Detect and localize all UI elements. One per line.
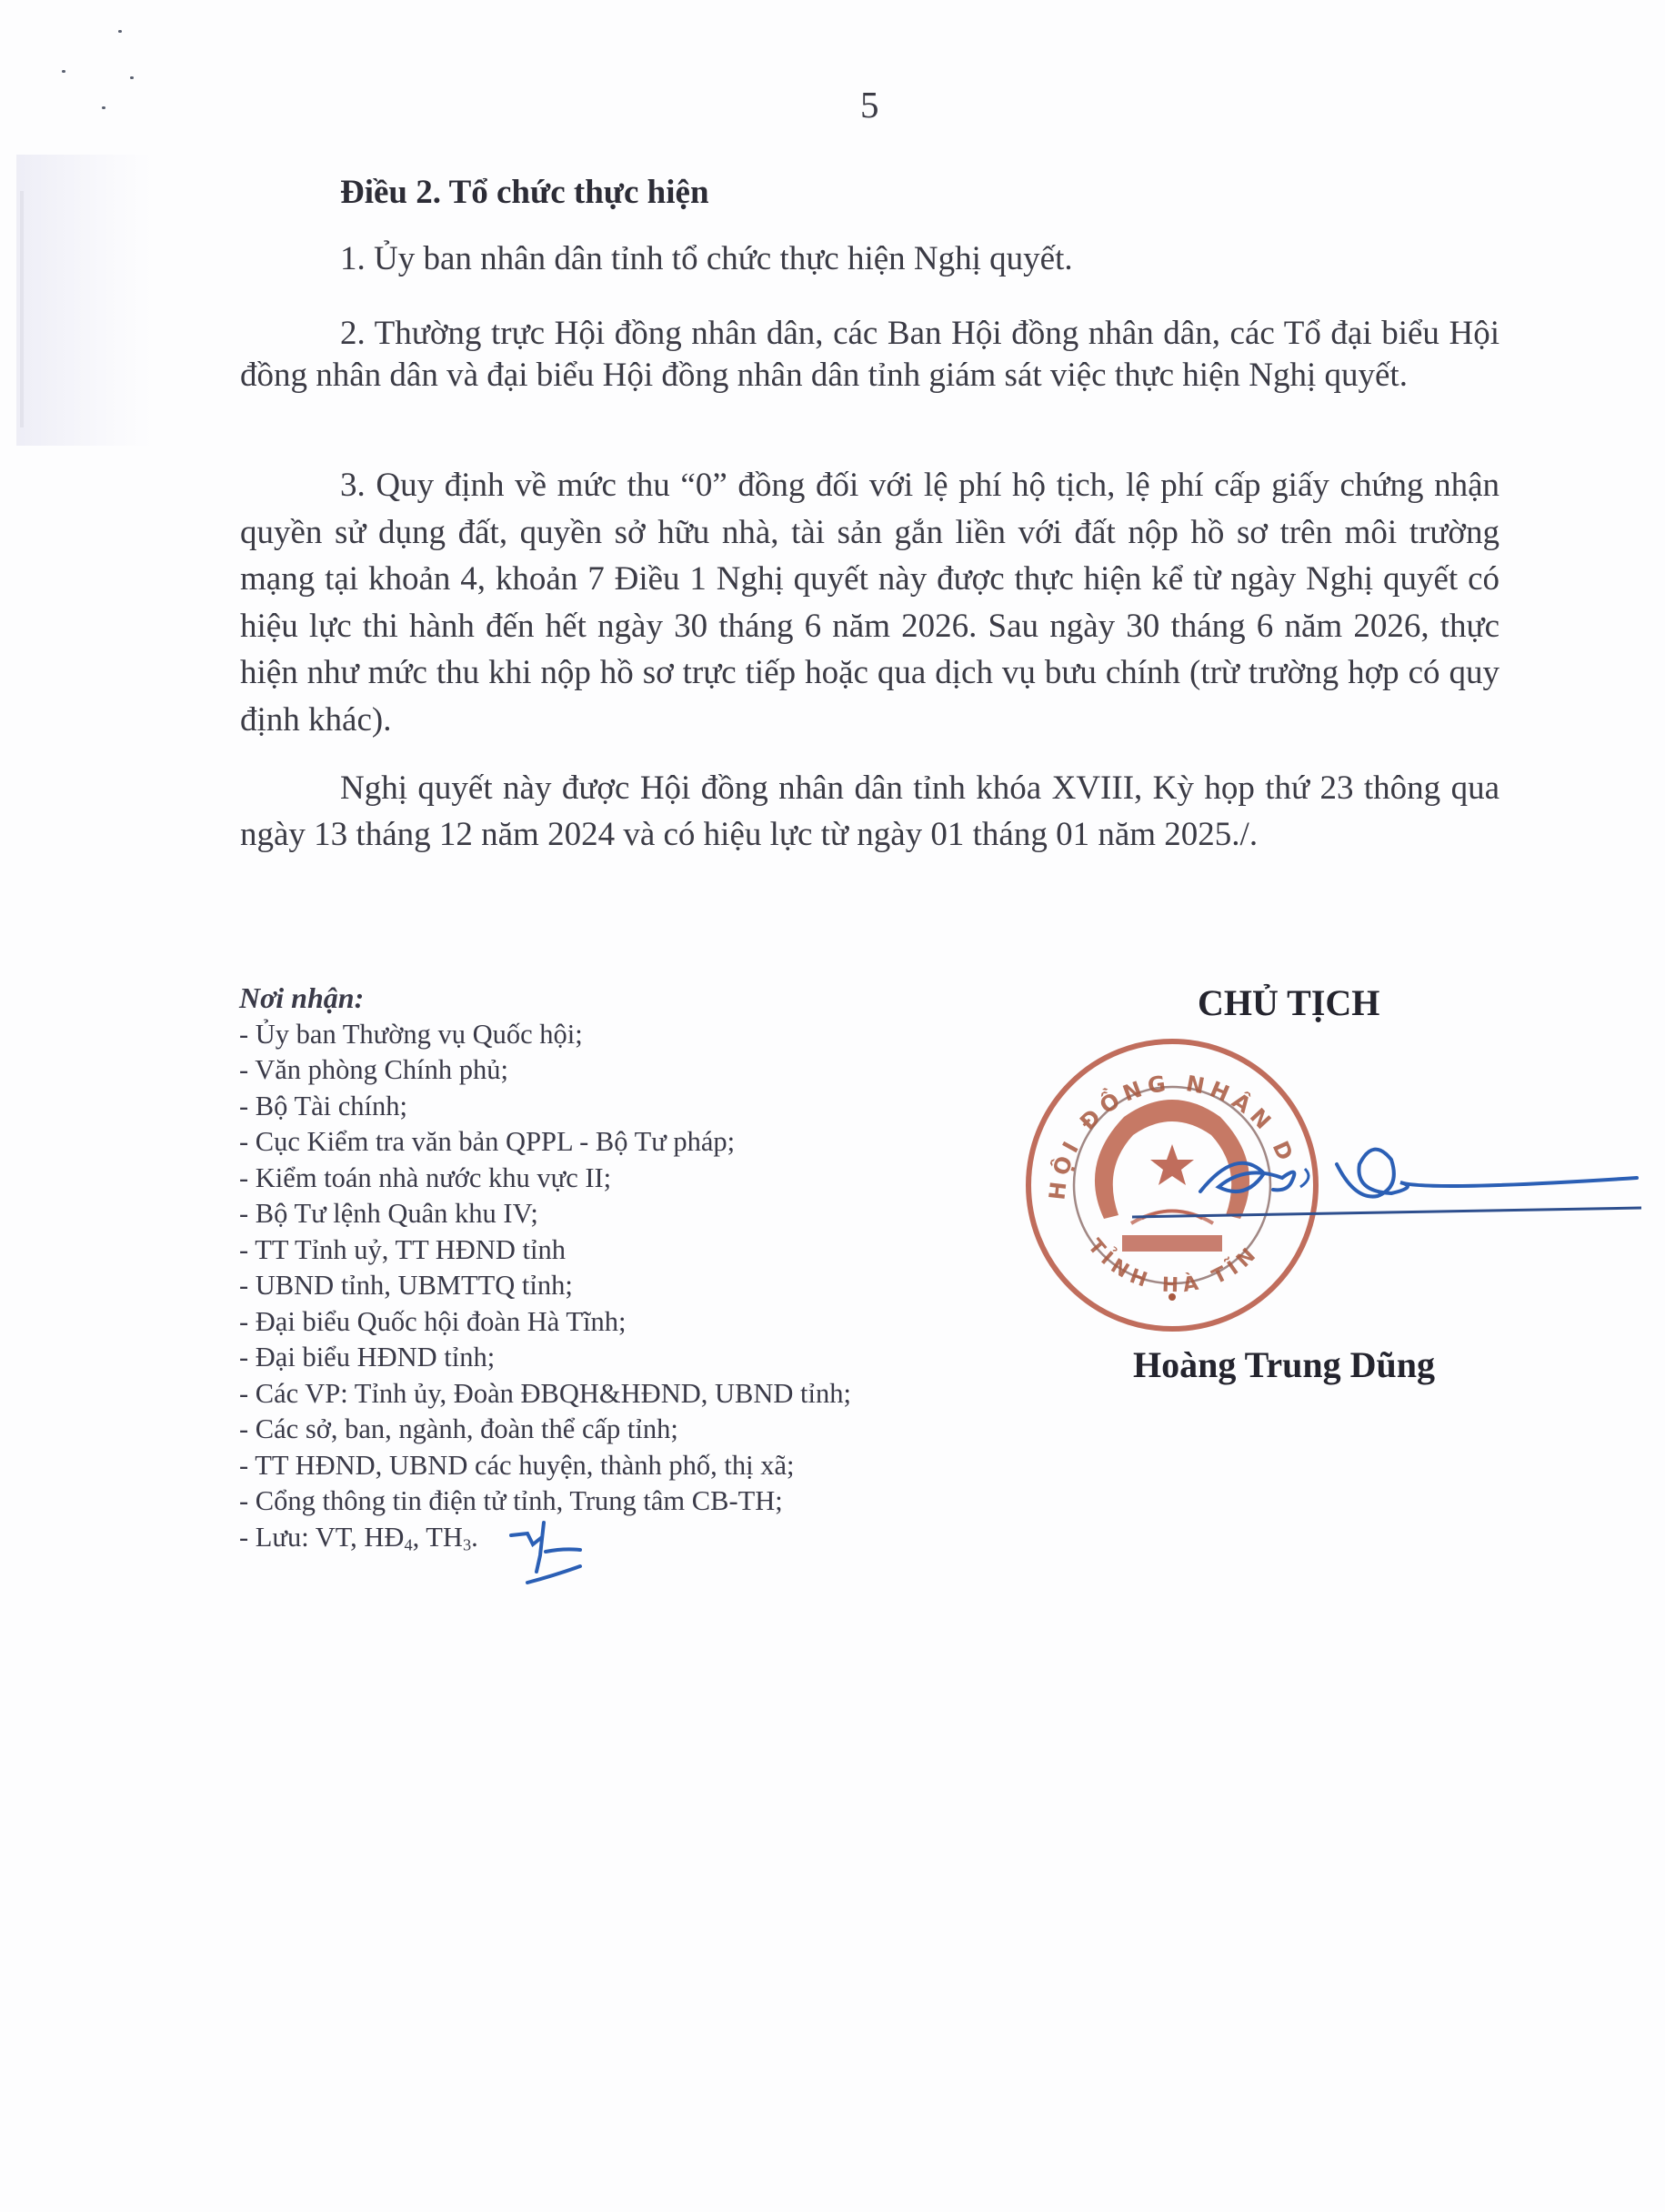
- paragraph-1: 1. Ủy ban nhân dân tỉnh tổ chức thực hiệ…: [240, 238, 1500, 280]
- paragraph-2: 2. Thường trực Hội đồng nhân dân, các Ba…: [240, 313, 1500, 397]
- paragraph-1-text: 1. Ủy ban nhân dân tỉnh tổ chức thực hiệ…: [340, 240, 1073, 277]
- recipient-item: - Bộ Tài chính;: [239, 1089, 851, 1125]
- handwritten-signature-icon: [1128, 1137, 1655, 1228]
- scan-speck: [118, 30, 122, 33]
- recipient-item: - TT HĐND, UBND các huyện, thành phố, th…: [239, 1448, 851, 1484]
- archive-mid: , TH: [413, 1522, 463, 1553]
- recipients-block: Nơi nhận: - Ủy ban Thường vụ Quốc hội;- …: [239, 980, 851, 1555]
- paragraph-effective: Nghị quyết này được Hội đồng nhân dân tỉ…: [240, 765, 1500, 858]
- recipient-item: - Các sở, ban, ngành, đoàn thể cấp tỉnh;: [239, 1412, 851, 1448]
- scan-speck: [62, 70, 65, 73]
- archive-prefix: - Lưu: VT, HĐ: [239, 1522, 404, 1553]
- recipient-item: - Cổng thông tin điện tử tỉnh, Trung tâm…: [239, 1483, 851, 1520]
- recipient-item: - Kiểm toán nhà nước khu vực II;: [239, 1161, 851, 1197]
- signer-name: Hoàng Trung Dũng: [1133, 1344, 1435, 1386]
- recipient-item: - Các VP: Tỉnh ủy, Đoàn ĐBQH&HĐND, UBND …: [239, 1376, 851, 1413]
- archive-suffix: .: [471, 1522, 478, 1553]
- archive-sub-2: 3: [463, 1535, 471, 1553]
- recipient-item: - Đại biểu HĐND tỉnh;: [239, 1340, 851, 1376]
- paragraph-effective-text: Nghị quyết này được Hội đồng nhân dân tỉ…: [240, 769, 1500, 853]
- article-heading: Điều 2. Tổ chức thực hiện: [340, 173, 709, 213]
- scan-edge-line: [20, 191, 24, 427]
- recipient-item: - Đại biểu Quốc hội đoàn Hà Tĩnh;: [239, 1304, 851, 1341]
- recipient-item: - TT Tỉnh uỷ, TT HĐND tỉnh: [239, 1232, 851, 1269]
- archive-sub-1: 4: [404, 1535, 412, 1553]
- paragraph-3: 3. Quy định về mức thu “0” đồng đối với …: [240, 462, 1500, 743]
- scan-edge-shadow: [16, 155, 153, 446]
- paragraph-2-text: 2. Thường trực Hội đồng nhân dân, các Ba…: [240, 315, 1500, 394]
- scan-speck: [130, 76, 134, 79]
- recipient-item: - Ủy ban Thường vụ Quốc hội;: [239, 1017, 851, 1053]
- recipient-item: - Bộ Tư lệnh Quân khu IV;: [239, 1196, 851, 1232]
- signer-title: CHỦ TỊCH: [1198, 982, 1379, 1024]
- recipients-list: - Ủy ban Thường vụ Quốc hội;- Văn phòng …: [239, 1017, 851, 1520]
- recipient-item: - UBND tỉnh, UBMTTQ tỉnh;: [239, 1268, 851, 1304]
- recipient-item: - Văn phòng Chính phủ;: [239, 1052, 851, 1089]
- initials-mark-icon: [491, 1519, 591, 1592]
- recipients-title: Nơi nhận:: [239, 980, 851, 1017]
- page-number: 5: [860, 84, 879, 126]
- recipient-item: - Cục Kiểm tra văn bản QPPL - Bộ Tư pháp…: [239, 1124, 851, 1161]
- paragraph-3-text: 3. Quy định về mức thu “0” đồng đối với …: [240, 467, 1500, 739]
- scan-speck: [102, 106, 105, 109]
